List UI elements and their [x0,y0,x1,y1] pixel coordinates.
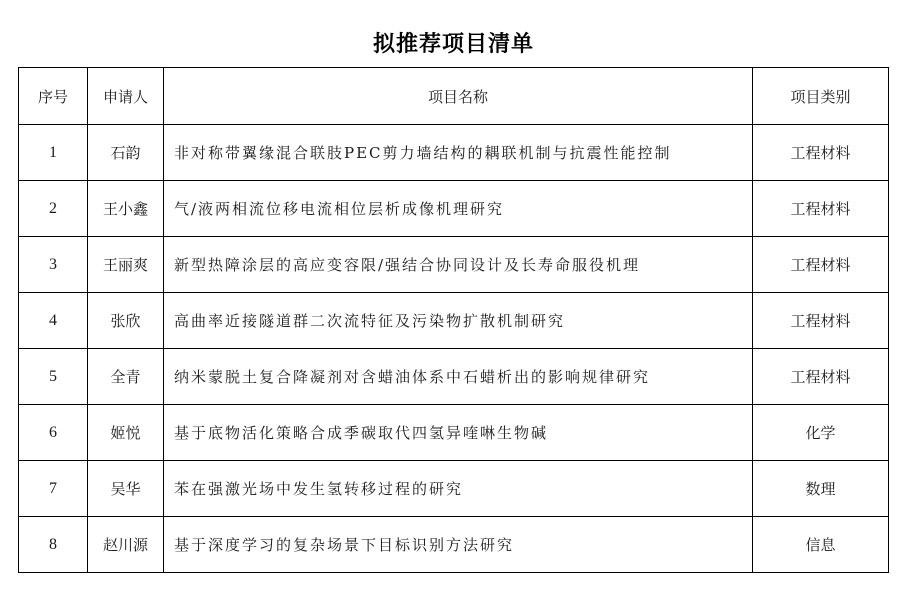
cell-project-name: 新型热障涂层的高应变容限/强结合协同设计及长寿命服役机理 [164,237,753,293]
table-row: 2 王小鑫 气/液两相流位移电流相位层析成像机理研究 工程材料 [19,181,889,237]
cell-project-name: 气/液两相流位移电流相位层析成像机理研究 [164,181,753,237]
cell-category: 信息 [753,517,889,573]
header-applicant: 申请人 [88,68,164,125]
document-title: 拟推荐项目清单 [0,27,907,58]
cell-no: 4 [19,293,88,349]
cell-applicant: 姬悦 [88,405,164,461]
cell-category: 工程材料 [753,237,889,293]
table-row: 1 石韵 非对称带翼缘混合联肢PEC剪力墙结构的耦联机制与抗震性能控制 工程材料 [19,125,889,181]
table-header-row: 序号 申请人 项目名称 项目类别 [19,68,889,125]
cell-category: 工程材料 [753,293,889,349]
cell-no: 7 [19,461,88,517]
cell-category: 工程材料 [753,125,889,181]
cell-project-name: 非对称带翼缘混合联肢PEC剪力墙结构的耦联机制与抗震性能控制 [164,125,753,181]
header-project-name: 项目名称 [164,68,753,125]
table-row: 4 张欣 高曲率近接隧道群二次流特征及污染物扩散机制研究 工程材料 [19,293,889,349]
cell-no: 8 [19,517,88,573]
cell-applicant: 王小鑫 [88,181,164,237]
cell-applicant: 赵川源 [88,517,164,573]
project-list-table: 序号 申请人 项目名称 项目类别 1 石韵 非对称带翼缘混合联肢PEC剪力墙结构… [18,67,889,573]
cell-category: 工程材料 [753,349,889,405]
table-row: 8 赵川源 基于深度学习的复杂场景下目标识别方法研究 信息 [19,517,889,573]
table-row: 6 姬悦 基于底物活化策略合成季碳取代四氢异喹啉生物碱 化学 [19,405,889,461]
cell-applicant: 石韵 [88,125,164,181]
table-row: 3 王丽爽 新型热障涂层的高应变容限/强结合协同设计及长寿命服役机理 工程材料 [19,237,889,293]
header-no: 序号 [19,68,88,125]
cell-applicant: 王丽爽 [88,237,164,293]
table-row: 7 吴华 苯在强激光场中发生氢转移过程的研究 数理 [19,461,889,517]
cell-category: 数理 [753,461,889,517]
cell-category: 化学 [753,405,889,461]
cell-no: 1 [19,125,88,181]
cell-project-name: 苯在强激光场中发生氢转移过程的研究 [164,461,753,517]
cell-no: 2 [19,181,88,237]
cell-no: 3 [19,237,88,293]
cell-project-name: 高曲率近接隧道群二次流特征及污染物扩散机制研究 [164,293,753,349]
header-category: 项目类别 [753,68,889,125]
cell-no: 5 [19,349,88,405]
cell-project-name: 基于底物活化策略合成季碳取代四氢异喹啉生物碱 [164,405,753,461]
table-row: 5 全青 纳米蒙脱土复合降凝剂对含蜡油体系中石蜡析出的影响规律研究 工程材料 [19,349,889,405]
cell-applicant: 全青 [88,349,164,405]
cell-applicant: 张欣 [88,293,164,349]
cell-category: 工程材料 [753,181,889,237]
cell-applicant: 吴华 [88,461,164,517]
cell-no: 6 [19,405,88,461]
cell-project-name: 基于深度学习的复杂场景下目标识别方法研究 [164,517,753,573]
cell-project-name: 纳米蒙脱土复合降凝剂对含蜡油体系中石蜡析出的影响规律研究 [164,349,753,405]
